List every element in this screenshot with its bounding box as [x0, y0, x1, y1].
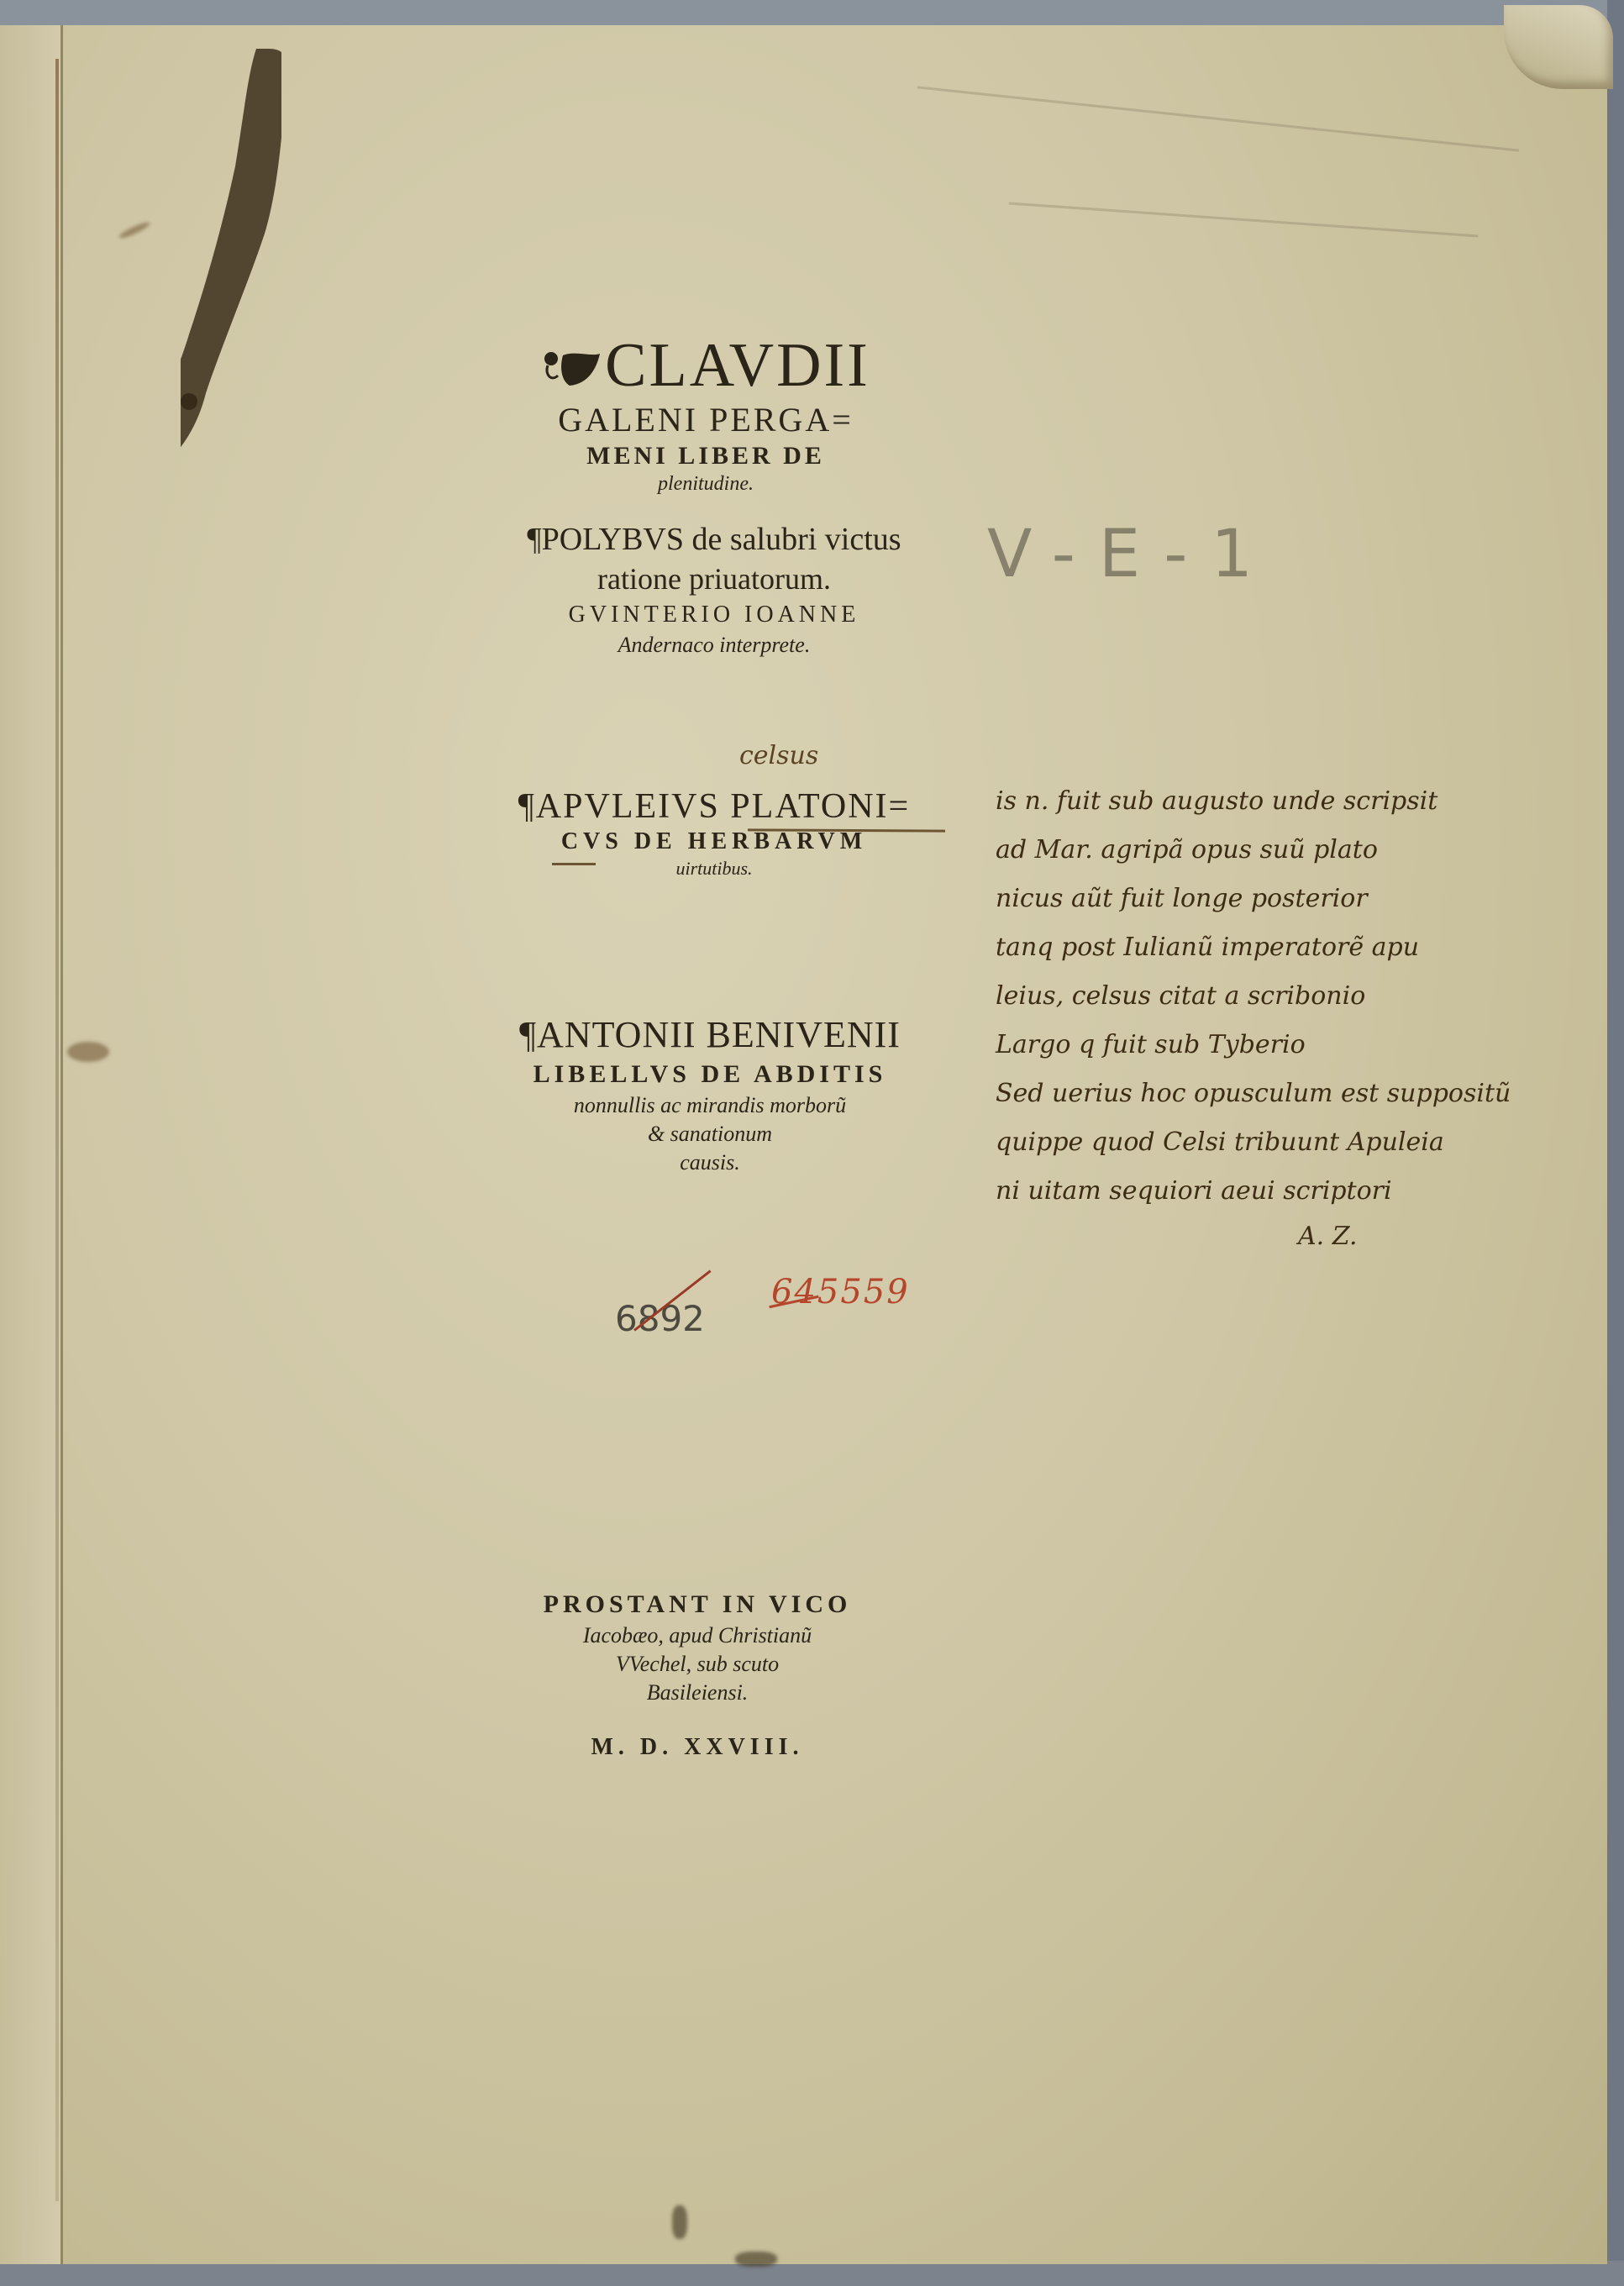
apuleius-line-1-text: APVLEIVS PLATONI=: [536, 787, 910, 826]
accession-number-red: 645559: [771, 1273, 910, 1311]
photo-backdrop-right: [1607, 0, 1624, 2286]
manuscript-underline: [552, 863, 596, 865]
benivieni-title-block: ¶ANTONII BENIVENII LIBELLVS DE ABDITIS n…: [424, 1012, 996, 1177]
benivieni-line-2: LIBELLVS DE ABDITIS: [424, 1058, 996, 1091]
benivieni-line-5: causis.: [424, 1148, 996, 1177]
imprint-line-4: Basileiensi.: [504, 1679, 891, 1707]
polybus-line-4: Andernaco interprete.: [454, 632, 975, 659]
polybus-line-3: GVINTERIO IOANNE: [454, 598, 975, 632]
galen-title-line-2: GALENI PERGA=: [470, 399, 941, 441]
note-line: Sed uerius hoc opusculum est suppositũ: [996, 1069, 1584, 1118]
note-line: quippe quod Celsi tribuunt Apuleia: [996, 1118, 1584, 1167]
note-line: leius, celsus citat a scribonio: [996, 972, 1584, 1021]
polybus-line-2: ratione priuatorum.: [454, 560, 975, 598]
galen-title-line-4: plenitudine.: [470, 471, 941, 497]
galen-title-line-1: CLAVDII: [470, 332, 941, 399]
apuleius-title-block: ¶APVLEIVS PLATONI= CVS DE HERBARVM uirtu…: [445, 786, 983, 881]
interlinear-annotation: celsus: [739, 741, 818, 770]
imprint-date: M. D. XXVIII.: [504, 1731, 891, 1764]
adjacent-leaf-edge: [0, 25, 63, 2264]
imprint-line-3: VVechel, sub scuto: [504, 1650, 891, 1679]
imprint-line-2: Iacobæo, apud Christianũ: [504, 1621, 891, 1650]
imprint-line-1: PROSTANT IN VICO: [504, 1588, 891, 1621]
note-line: tanq post Iulianũ imperatorẽ apu: [996, 923, 1584, 972]
apuleius-line-1: ¶APVLEIVS PLATONI=: [445, 786, 983, 828]
rust-spot: [67, 1042, 109, 1062]
imprint-block: PROSTANT IN VICO Iacobæo, apud Christian…: [504, 1588, 891, 1764]
ink-blot: [735, 2252, 777, 2267]
pilcrow-icon: ¶: [518, 787, 536, 826]
benivieni-line-3: nonnullis ac mirandis morborũ: [424, 1091, 996, 1120]
note-line: Largo q fuit sub Tyberio: [996, 1021, 1584, 1069]
polybus-line-1-text: POLYBVS de salubri victus: [542, 522, 901, 557]
marginal-manuscript-note: is n. fuit sub augusto unde scripsit ad …: [996, 777, 1584, 1258]
note-signature: A. Z.: [996, 1216, 1584, 1258]
apuleius-line-3: uirtutibus.: [445, 856, 983, 881]
polybus-line-1: ¶POLYBVS de salubri victus: [454, 519, 975, 560]
pilcrow-icon: ¶: [519, 1014, 537, 1055]
benivieni-line-1-text: ANTONII BENIVENII: [537, 1014, 901, 1055]
fleuron-icon: [541, 347, 602, 391]
polybus-title-block: ¶POLYBVS de salubri victus ratione priua…: [454, 519, 975, 659]
note-line: ni uitam sequiori aeui scriptori: [996, 1167, 1584, 1216]
galen-title-block: CLAVDII GALENI PERGA= MENI LIBER DE plen…: [470, 332, 941, 497]
note-line: nicus aũt fuit longe posterior: [996, 875, 1584, 923]
galen-title-line-3: MENI LIBER DE: [470, 441, 941, 471]
note-line: is n. fuit sub augusto unde scripsit: [996, 777, 1584, 826]
note-line: ad Mar. agripã opus suũ plato: [996, 826, 1584, 875]
benivieni-line-4: & sanationum: [424, 1120, 996, 1148]
pencil-shelfmark: V-E-1: [987, 517, 1276, 592]
photo-backdrop-bottom: [0, 2261, 1624, 2286]
accession-number-stamped: 6892: [615, 1298, 705, 1339]
ink-blot: [672, 2205, 687, 2239]
galen-name: CLAVDII: [605, 331, 870, 400]
gutter-fold-line: [55, 59, 59, 2201]
pilcrow-icon: ¶: [527, 522, 541, 557]
benivieni-line-1: ¶ANTONII BENIVENII: [424, 1012, 996, 1058]
ink-stain-icon: [181, 32, 281, 502]
